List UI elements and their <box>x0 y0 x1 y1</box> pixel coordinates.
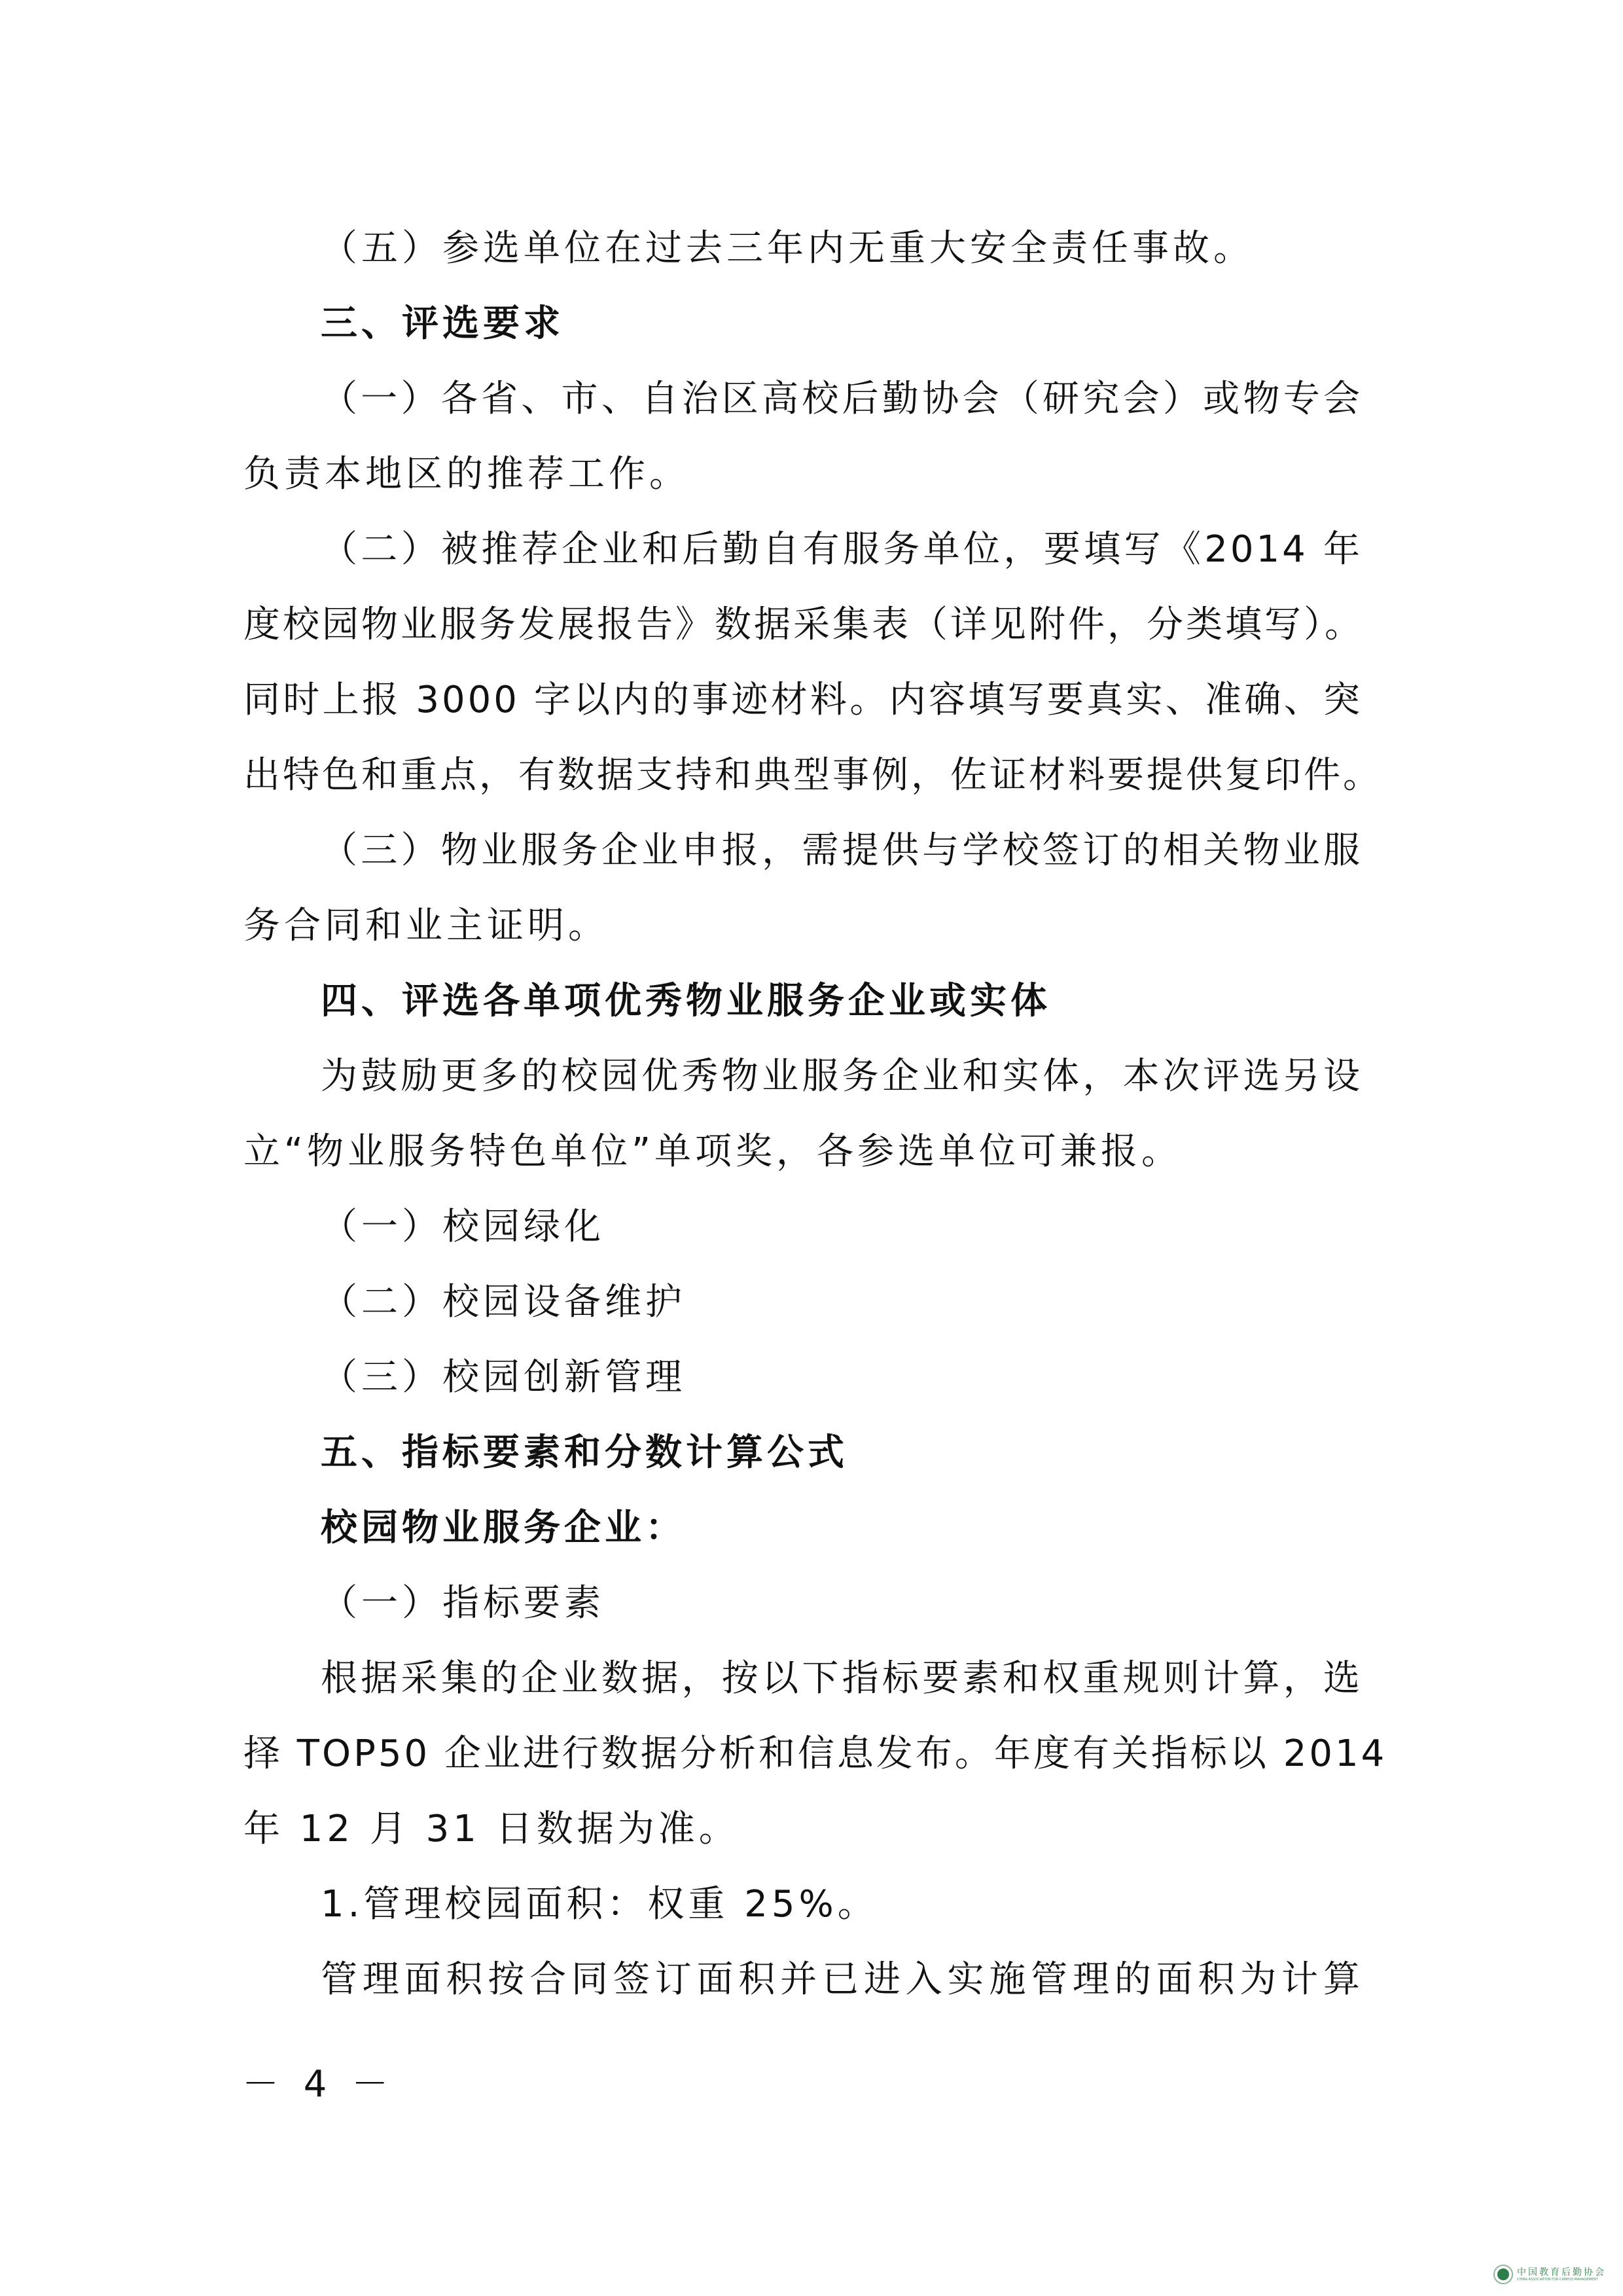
list-item: 1.管理校园面积：权重 25%。 <box>321 1882 878 1928</box>
logo-name-en: CHINA ASSOCIATION FOR CAMPUS MANAGEMENT <box>1517 2278 1606 2282</box>
paragraph-line: （二）被推荐企业和后勤自有服务单位，要填写《2014 年 <box>321 527 1363 573</box>
paragraph-line: （一）各省、市、自治区高校后勤协会（研究会）或物专会 <box>321 376 1363 422</box>
paragraph-line: 度校园物业服务发展报告》数据采集表（详见附件，分类填写）。 <box>243 602 1363 648</box>
section-heading: 四、评选各单项优秀物业服务企业或实体 <box>321 978 1051 1024</box>
paragraph-line: （五）参选单位在过去三年内无重大安全责任事故。 <box>321 226 1254 272</box>
paragraph-line: 择 TOP50 企业进行数据分析和信息发布。年度有关指标以 2014 <box>243 1731 1363 1777</box>
paragraph-line: 务合同和业主证明。 <box>243 903 609 949</box>
list-item: （一）校园绿化 <box>321 1204 605 1250</box>
association-logo: 中国教育后勤协会 CHINA ASSOCIATION FOR CAMPUS MA… <box>1493 2265 1606 2284</box>
list-item: （三）校园创新管理 <box>321 1355 686 1401</box>
list-item: （一）指标要素 <box>321 1581 605 1626</box>
section-heading: 五、指标要素和分数计算公式 <box>321 1430 848 1476</box>
paragraph-line: （三）物业服务企业申报，需提供与学校签订的相关物业服 <box>321 828 1363 874</box>
paragraph-line: 根据采集的企业数据，按以下指标要素和权重规则计算，选 <box>321 1656 1363 1702</box>
list-item: （二）校园设备维护 <box>321 1280 686 1325</box>
document-page: （五）参选单位在过去三年内无重大安全责任事故。 三、评选要求 （一）各省、市、自… <box>0 0 1623 2296</box>
paragraph-line: 立“物业服务特色单位”单项奖，各参选单位可兼报。 <box>243 1129 1182 1175</box>
paragraph-line: 负责本地区的推荐工作。 <box>243 452 690 497</box>
logo-name-cn: 中国教育后勤协会 <box>1517 2268 1606 2277</box>
paragraph-line: 同时上报 3000 字以内的事迹材料。内容填写要真实、准确、突 <box>243 677 1363 723</box>
paragraph-line: 管理面积按合同签订面积并已进入实施管理的面积为计算 <box>321 1957 1363 2003</box>
page-number: － 4 － <box>242 2062 395 2108</box>
paragraph-line: 为鼓励更多的校园优秀物业服务企业和实体，本次评选另设 <box>321 1054 1363 1100</box>
paragraph-line: 出特色和重点，有数据支持和典型事例，佐证材料要提供复印件。 <box>243 753 1363 798</box>
subsection-heading: 校园物业服务企业： <box>321 1505 686 1551</box>
paragraph-line: 年 12 月 31 日数据为准。 <box>243 1806 740 1852</box>
emblem-icon <box>1493 2265 1513 2284</box>
section-heading: 三、评选要求 <box>321 301 564 347</box>
